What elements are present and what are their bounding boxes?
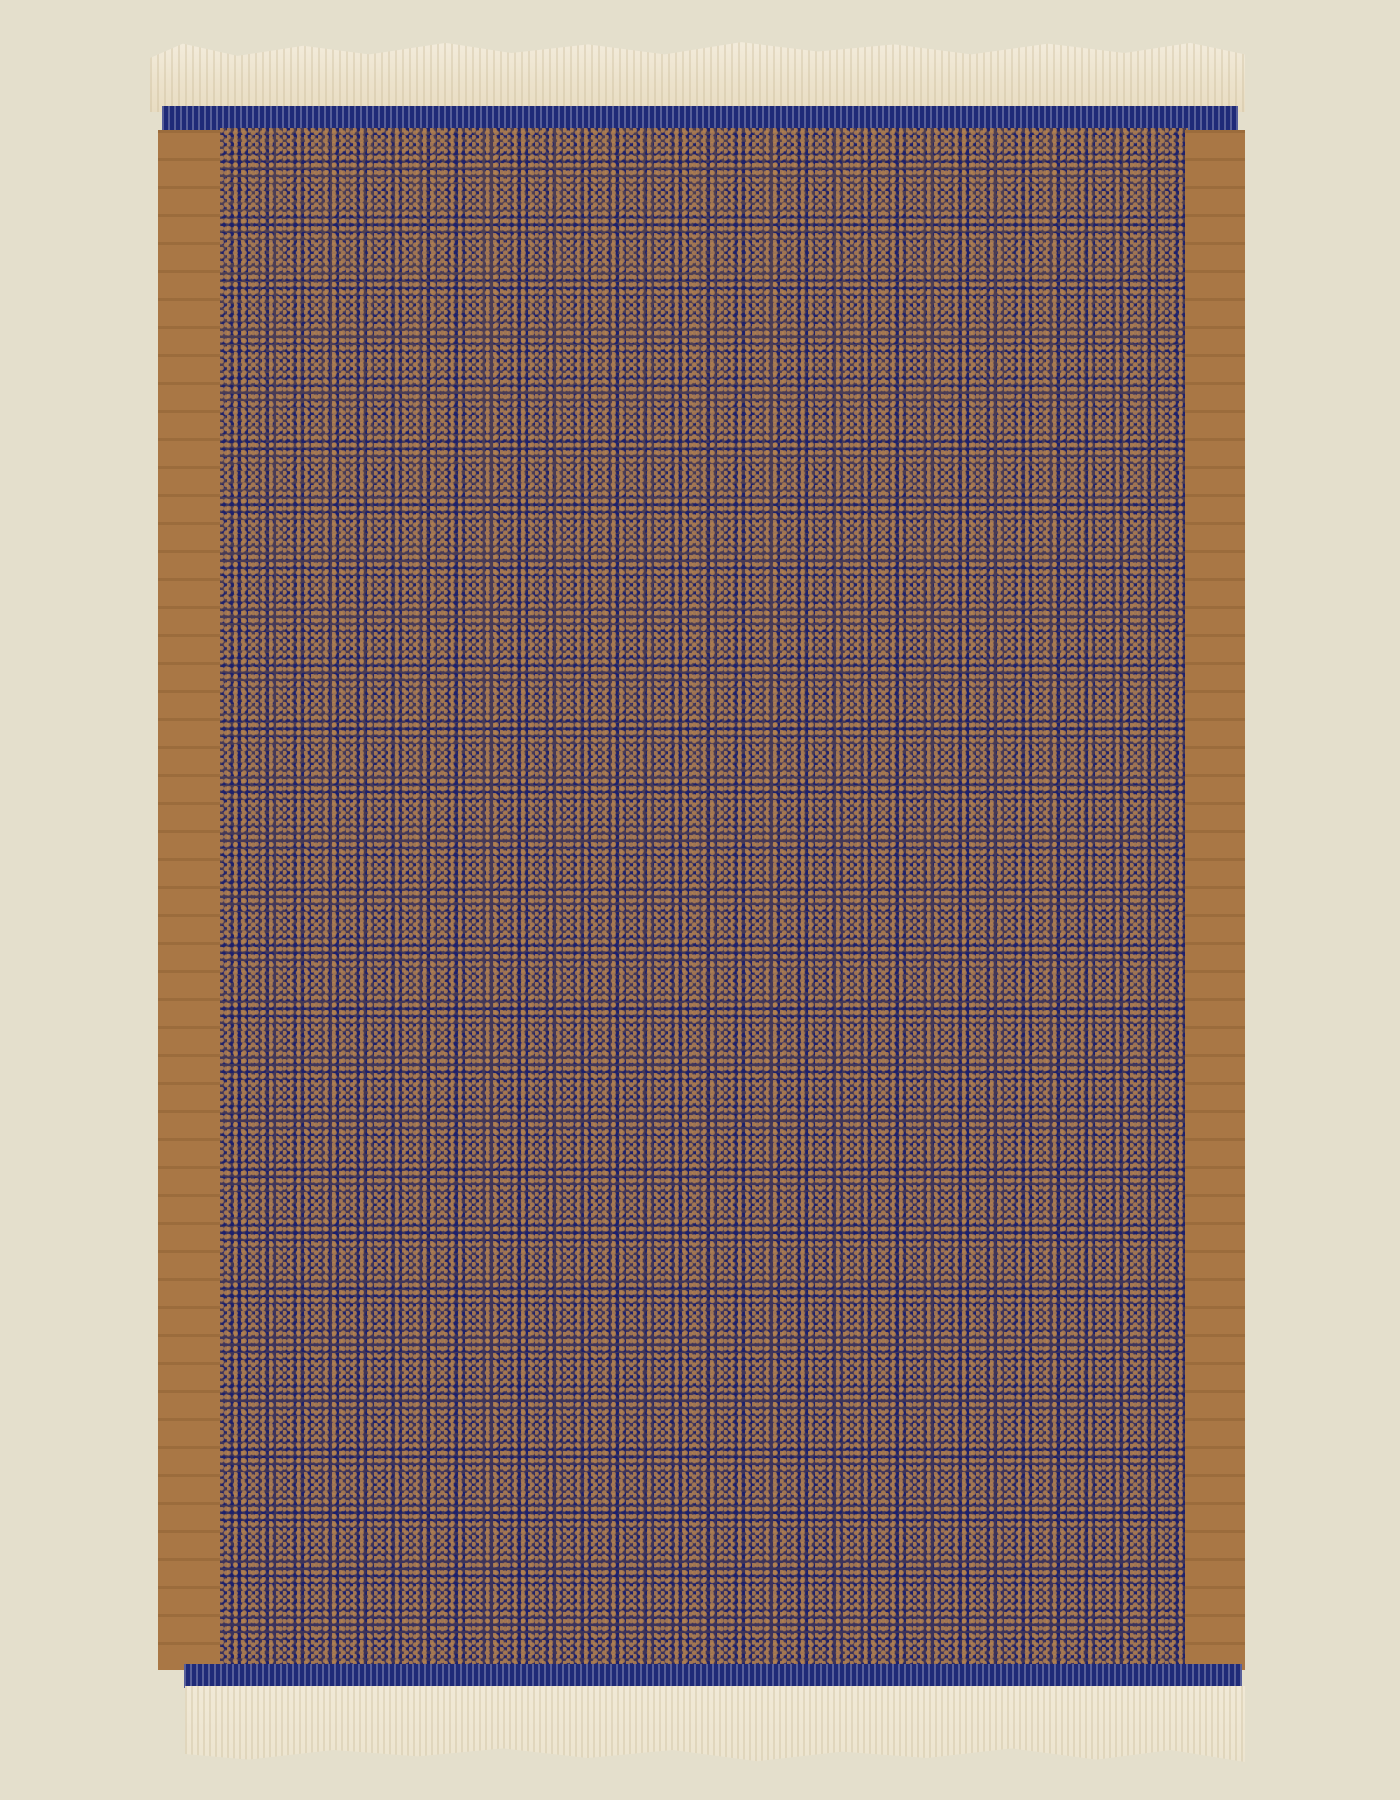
rug-photo [0, 0, 1400, 1800]
bottom-woven-band [184, 1664, 1242, 1688]
top-fringe [150, 40, 1245, 112]
rug-field [220, 128, 1188, 1668]
right-border-stripe [1185, 130, 1245, 1670]
bottom-fringe [185, 1686, 1245, 1766]
left-border-stripe [158, 130, 224, 1670]
